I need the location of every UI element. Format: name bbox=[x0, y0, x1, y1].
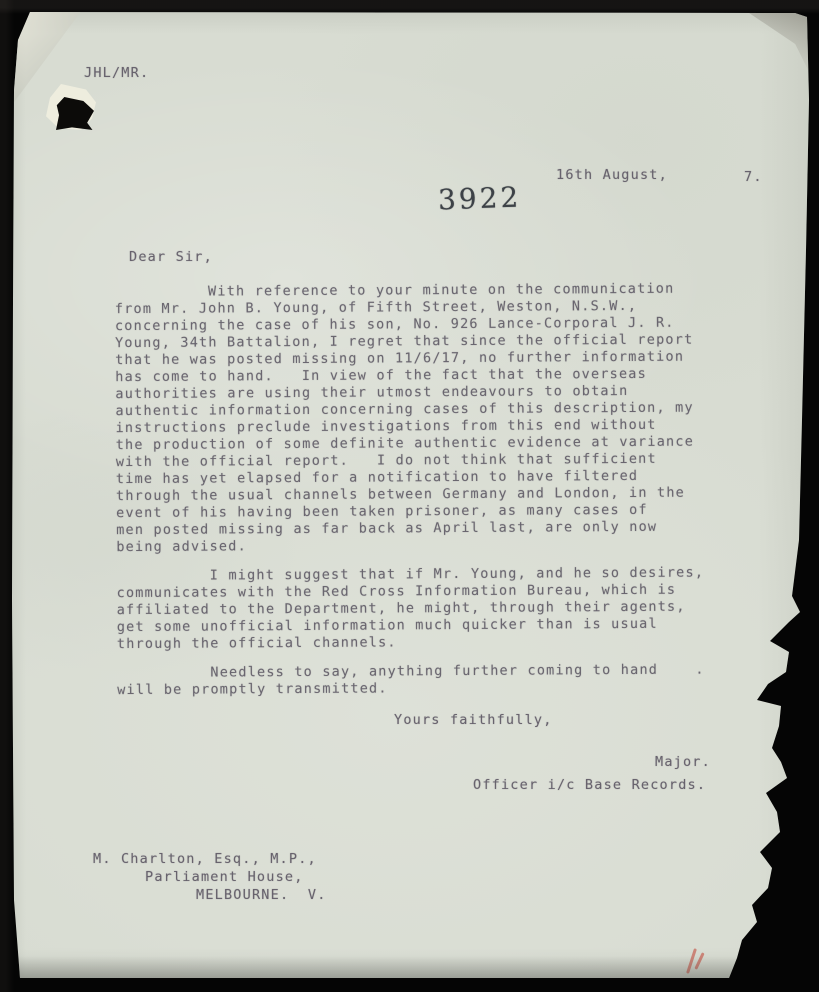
red-pencil-mark bbox=[694, 952, 704, 970]
reference-initials: JHL/MR. bbox=[84, 65, 149, 82]
signature-rank: Major. bbox=[655, 754, 711, 771]
letter-body: With reference to your minute on the com… bbox=[115, 280, 808, 711]
recipient-name: M. Charlton, Esq., M.P., bbox=[93, 851, 317, 868]
salutation: Dear Sir, bbox=[129, 249, 213, 266]
signature-title: Officer i/c Base Records. bbox=[473, 777, 706, 794]
paragraph-2: I might suggest that if Mr. Young, and h… bbox=[116, 564, 807, 653]
year-fragment: 7. bbox=[744, 169, 763, 186]
red-pencil-mark bbox=[686, 948, 697, 974]
paper-bottom-shadow bbox=[14, 956, 759, 982]
paragraph-1: With reference to your minute on the com… bbox=[115, 280, 807, 556]
date-line: 16th August, bbox=[556, 167, 668, 184]
paper-corner-shadow bbox=[700, 12, 819, 92]
valediction: Yours faithfully, bbox=[394, 712, 553, 729]
registry-number-stamp: 3922 bbox=[437, 181, 521, 217]
recipient-address: Parliament House, bbox=[145, 869, 304, 886]
paragraph-3: Needless to say, anything further coming… bbox=[117, 661, 807, 699]
recipient-city: MELBOURNE. V. bbox=[196, 887, 327, 904]
letter-paper: JHL/MR. 16th August, 7. 3922 Dear Sir, W… bbox=[0, 0, 819, 992]
scanned-letter-screenshot: JHL/MR. 16th August, 7. 3922 Dear Sir, W… bbox=[0, 0, 819, 992]
